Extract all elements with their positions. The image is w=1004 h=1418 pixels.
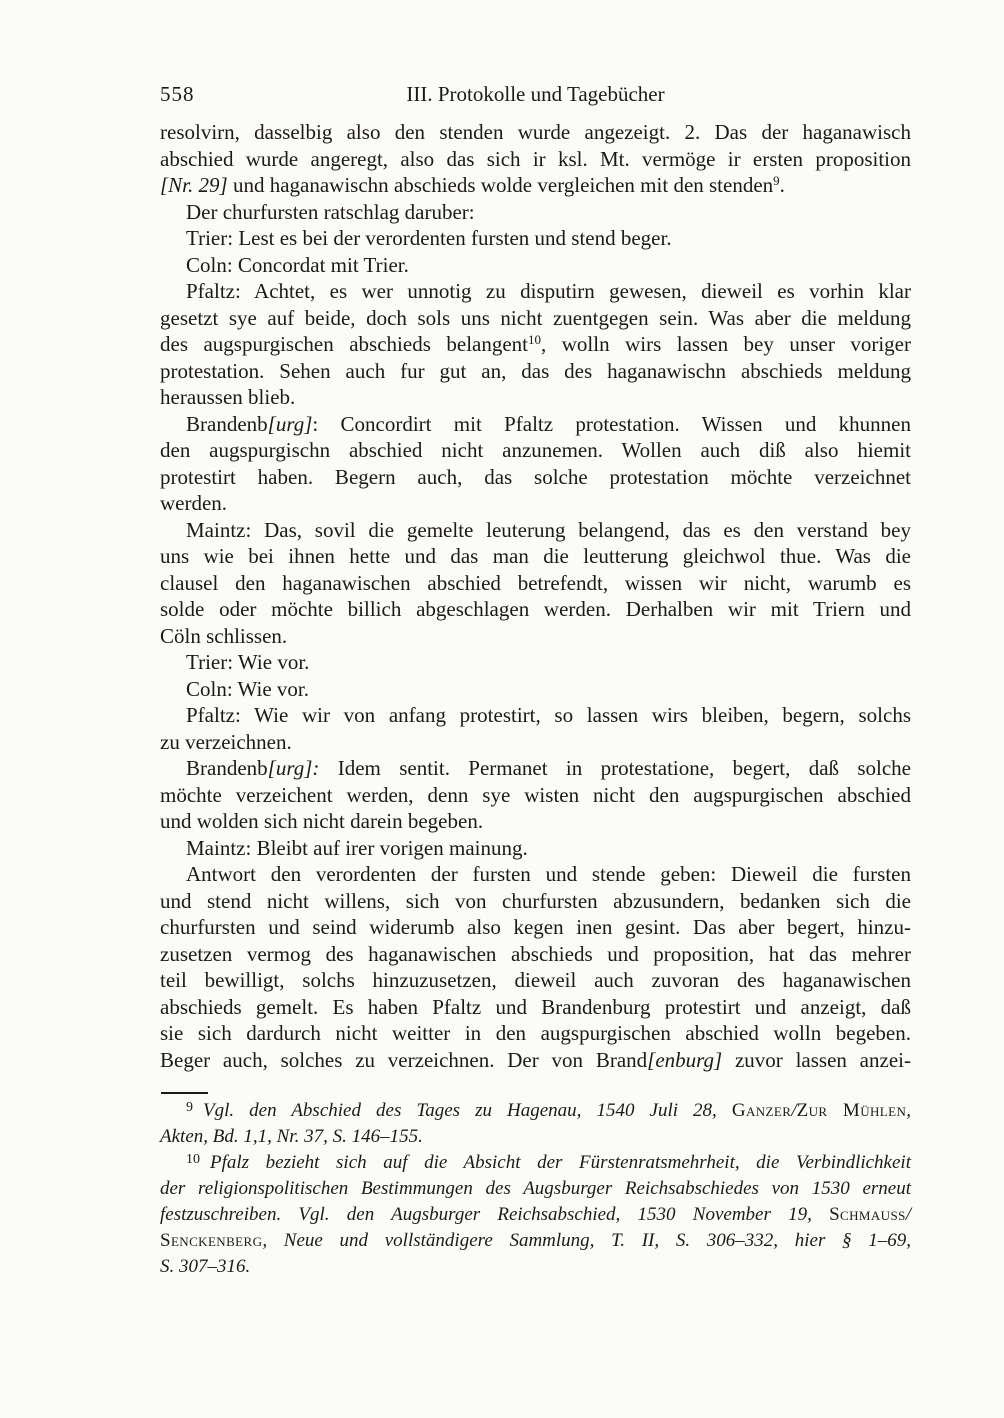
text-line: S. 307–316. <box>160 1254 911 1280</box>
text-line: Antwort den verordenten der fursten und … <box>160 861 911 888</box>
italic-text: [enburg] <box>647 1048 722 1072</box>
text-line: 10Pfalz bezieht sich auf die Absicht der… <box>160 1150 911 1176</box>
text-run: zuvor lassen anzei- <box>722 1048 911 1072</box>
footnote-marker: 9 <box>773 173 780 188</box>
text-run: des augspurgischen abschieds belangent <box>160 332 528 356</box>
running-header: III. Protokolle und Tagebücher <box>160 82 911 107</box>
text-line: [Nr. 29] und haganawischn abschieds wold… <box>160 172 911 199</box>
page-number: 558 <box>160 82 195 107</box>
smallcaps-name: Ganzer <box>732 1100 791 1121</box>
text-run: Pfalz bezieht sich auf die Absicht der F… <box>210 1152 911 1173</box>
text-run: zu verzeichnen. <box>160 730 292 754</box>
text-run: . <box>780 173 785 197</box>
smallcaps-name: Senckenberg <box>160 1230 262 1251</box>
text-line: sie sich dardurch nicht weitter in den a… <box>160 1020 911 1047</box>
text-run: S. 307–316. <box>160 1256 250 1277</box>
footnote-marker: 10 <box>186 1152 200 1167</box>
text-run: Brandenb <box>186 756 268 780</box>
text-run: , <box>906 1100 911 1121</box>
paragraph: Brandenb[urg]: Concordirt mit Pfaltz pro… <box>160 411 911 517</box>
paragraph: Coln: Concordat mit Trier. <box>160 252 911 279</box>
paragraph: Maintz: Das, sovil die gemelte leuterung… <box>160 517 911 650</box>
text-run: Trier: Lest es bei der verordenten furst… <box>186 226 672 250</box>
text-line: Trier: Lest es bei der verordenten furst… <box>160 225 911 252</box>
book-page: { "colors": { "paper": "#fbfbf9", "ink":… <box>0 0 1004 1418</box>
text-line: möchte verzeichent werden, denn sye wist… <box>160 782 911 809</box>
text-run: resolvirn, dasselbig also den stenden wu… <box>160 120 911 144</box>
text-line: werden. <box>160 490 911 517</box>
text-run: Coln: Concordat mit Trier. <box>186 253 409 277</box>
text-run: Pfaltz: Wie wir von anfang protestirt, s… <box>186 703 911 727</box>
text-line: und wolden sich nicht darein begeben. <box>160 808 911 835</box>
italic-text: [Nr. 29] <box>160 173 228 197</box>
text-line: protestirt haben. Begern auch, das solch… <box>160 464 911 491</box>
text-line: Senckenberg, Neue und vollständigere Sam… <box>160 1228 911 1254</box>
text-line: Der churfursten ratschlag daruber: <box>160 199 911 226</box>
text-run: gesetzt sye auf beide, doch sols uns nic… <box>160 306 911 330</box>
text-line: Maintz: Das, sovil die gemelte leuterung… <box>160 517 911 544</box>
text-run: , Neue und vollständigere Sammlung, T. I… <box>262 1230 911 1251</box>
text-run: solde oder möchte billich abgeschlagen w… <box>160 597 911 621</box>
text-run: Maintz: Das, sovil die gemelte leuterung… <box>186 518 911 542</box>
text-run: Cöln schlissen. <box>160 624 287 648</box>
text-line: der religionspolitischen Bestimmungen de… <box>160 1176 911 1202</box>
text-run: Antwort den verordenten der fursten und … <box>186 862 911 886</box>
page-header: 558 III. Protokolle und Tagebücher <box>160 82 911 108</box>
footnotes: 9Vgl. den Abschied des Tages zu Hagenau,… <box>160 1098 911 1280</box>
text-run: zusetzen vermog des haganawischen abschi… <box>160 942 911 966</box>
text-line: den augspurgischn abschied nicht anzunem… <box>160 437 911 464</box>
text-line: des augspurgischen abschieds belangent10… <box>160 331 911 358</box>
text-run: : Concordirt mit Pfaltz protestation. Wi… <box>312 412 911 436</box>
paragraph: Der churfursten ratschlag daruber: <box>160 199 911 226</box>
smallcaps-name: Schmauss <box>829 1204 906 1225</box>
text-line: protestation. Sehen auch fur gut an, das… <box>160 358 911 385</box>
text-run: den augspurgischn abschied nicht anzunem… <box>160 438 911 462</box>
text-run: heraussen blieb. <box>160 385 295 409</box>
text-run: protestirt haben. Begern auch, das solch… <box>160 465 911 489</box>
text-run: und haganawischn abschieds wolde verglei… <box>228 173 773 197</box>
text-line: churfursten und seind widerumb also kege… <box>160 914 911 941</box>
body-text: resolvirn, dasselbig also den stenden wu… <box>160 119 911 1073</box>
footnote: 9Vgl. den Abschied des Tages zu Hagenau,… <box>160 1098 911 1150</box>
text-run: Idem sentit. Permanet in protestatione, … <box>319 756 911 780</box>
text-run: festzuschreiben. Vgl. den Augsburger Rei… <box>160 1204 829 1225</box>
text-line: Trier: Wie vor. <box>160 649 911 676</box>
paragraph: Pfaltz: Wie wir von anfang protestirt, s… <box>160 702 911 755</box>
paragraph: Maintz: Bleibt auf irer vorigen mainung. <box>160 835 911 862</box>
text-run: Beger auch, solches zu verzeichnen. Der … <box>160 1048 647 1072</box>
footnote: 10Pfalz bezieht sich auf die Absicht der… <box>160 1150 911 1280</box>
text-line: Coln: Concordat mit Trier. <box>160 252 911 279</box>
paragraph: Pfaltz: Achtet, es wer unnotig zu disput… <box>160 278 911 411</box>
text-run: , wolln wirs lassen bey unser voriger <box>541 332 911 356</box>
text-run: Pfaltz: Achtet, es wer unnotig zu disput… <box>186 279 911 303</box>
text-run: teil bewilligt, solchs hinzuzusetzen, di… <box>160 968 911 992</box>
text-run: abschieds gemelt. Es haben Pfaltz und Br… <box>160 995 911 1019</box>
text-run: Akten, Bd. 1,1, Nr. 37, S. 146–155. <box>160 1126 423 1147</box>
text-line: solde oder möchte billich abgeschlagen w… <box>160 596 911 623</box>
text-run: Brandenb <box>186 412 268 436</box>
text-line: heraussen blieb. <box>160 384 911 411</box>
text-line: Pfaltz: Wie wir von anfang protestirt, s… <box>160 702 911 729</box>
text-line: Cöln schlissen. <box>160 623 911 650</box>
text-line: 9Vgl. den Abschied des Tages zu Hagenau,… <box>160 1098 911 1124</box>
paragraph: Antwort den verordenten der fursten und … <box>160 861 911 1073</box>
text-run: und stend nicht willens, sich von churfu… <box>160 889 911 913</box>
text-line: Coln: Wie vor. <box>160 676 911 703</box>
text-run: möchte verzeichent werden, denn sye wist… <box>160 783 911 807</box>
paragraph: Brandenb[urg]: Idem sentit. Permanet in … <box>160 755 911 835</box>
text-run: churfursten und seind widerumb also kege… <box>160 915 911 939</box>
smallcaps-name: Zur Mühlen <box>797 1100 907 1121</box>
paragraph: Coln: Wie vor. <box>160 676 911 703</box>
text-run: clausel den haganawischen abschied betre… <box>160 571 911 595</box>
paragraph: resolvirn, dasselbig also den stenden wu… <box>160 119 911 199</box>
text-line: festzuschreiben. Vgl. den Augsburger Rei… <box>160 1202 911 1228</box>
text-run: Maintz: Bleibt auf irer vorigen mainung. <box>186 836 528 860</box>
text-run: der religionspolitischen Bestimmungen de… <box>160 1178 911 1199</box>
text-run: Vgl. den Abschied des Tages zu Hagenau, … <box>203 1100 732 1121</box>
text-run: Der churfursten ratschlag daruber: <box>186 200 475 224</box>
italic-text: [urg]: <box>268 756 320 780</box>
footnote-separator <box>161 1092 208 1094</box>
text-line: Pfaltz: Achtet, es wer unnotig zu disput… <box>160 278 911 305</box>
text-run: Coln: Wie vor. <box>186 677 309 701</box>
text-line: gesetzt sye auf beide, doch sols uns nic… <box>160 305 911 332</box>
text-line: abschieds gemelt. Es haben Pfaltz und Br… <box>160 994 911 1021</box>
text-run: protestation. Sehen auch fur gut an, das… <box>160 359 911 383</box>
text-line: clausel den haganawischen abschied betre… <box>160 570 911 597</box>
text-run: sie sich dardurch nicht weitter in den a… <box>160 1021 911 1045</box>
text-run: uns wie bei ihnen hette und das man die … <box>160 544 911 568</box>
text-run: abschied wurde angeregt, also das sich i… <box>160 147 911 171</box>
text-run: / <box>906 1204 911 1225</box>
text-line: Beger auch, solches zu verzeichnen. Der … <box>160 1047 911 1074</box>
paragraph: Trier: Wie vor. <box>160 649 911 676</box>
footnote-marker: 9 <box>186 1100 193 1115</box>
text-line: zu verzeichnen. <box>160 729 911 756</box>
text-run: Trier: Wie vor. <box>186 650 309 674</box>
text-line: uns wie bei ihnen hette und das man die … <box>160 543 911 570</box>
text-line: Brandenb[urg]: Idem sentit. Permanet in … <box>160 755 911 782</box>
text-line: abschied wurde angeregt, also das sich i… <box>160 146 911 173</box>
text-run: und wolden sich nicht darein begeben. <box>160 809 483 833</box>
italic-text: [urg] <box>268 412 313 436</box>
text-line: resolvirn, dasselbig also den stenden wu… <box>160 119 911 146</box>
text-line: Maintz: Bleibt auf irer vorigen mainung. <box>160 835 911 862</box>
paragraph: Trier: Lest es bei der verordenten furst… <box>160 225 911 252</box>
text-line: und stend nicht willens, sich von churfu… <box>160 888 911 915</box>
text-line: teil bewilligt, solchs hinzuzusetzen, di… <box>160 967 911 994</box>
text-line: Brandenb[urg]: Concordirt mit Pfaltz pro… <box>160 411 911 438</box>
footnote-marker: 10 <box>528 332 541 347</box>
text-line: Akten, Bd. 1,1, Nr. 37, S. 146–155. <box>160 1124 911 1150</box>
text-line: zusetzen vermog des haganawischen abschi… <box>160 941 911 968</box>
text-run: werden. <box>160 491 227 515</box>
